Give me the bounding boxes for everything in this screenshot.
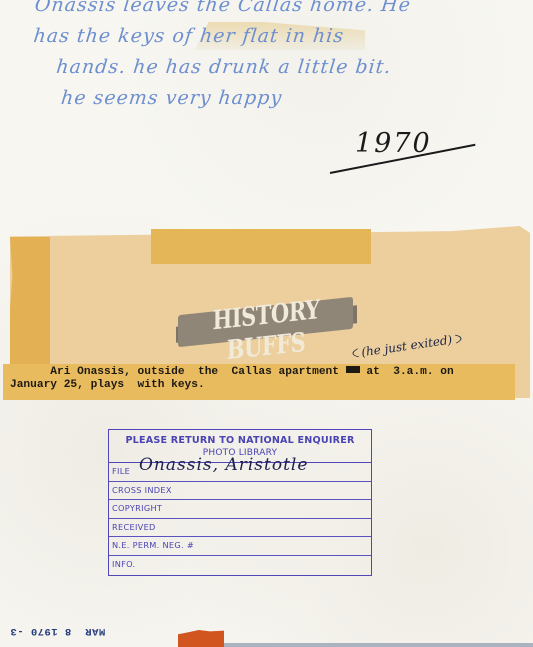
stamp-label: INFO.	[112, 559, 135, 569]
caption-line-1: Ari Onassis, outside the Callas apartmen…	[10, 366, 346, 378]
handwritten-line: he seems very happy	[59, 83, 516, 114]
stamp-heading-line: PLEASE RETURN TO NATIONAL ENQUIRER	[109, 435, 371, 447]
tape-left	[10, 237, 50, 367]
stamp-row-file: FILE Onassis, Aristotle	[109, 463, 371, 482]
stamp-row-copyright: COPYRIGHT	[109, 500, 371, 519]
received-date-stamp: MAR 8 1970 -3	[10, 625, 105, 637]
library-return-stamp: PLEASE RETURN TO NATIONAL ENQUIRER PHOTO…	[108, 429, 372, 576]
stamp-row-cross-index: CROSS INDEX	[109, 482, 371, 501]
file-name-handwritten: Onassis, Aristotle	[139, 457, 308, 475]
handwritten-line: hands. he has drunk a little bit.	[55, 52, 520, 83]
stamp-label: RECEIVED	[112, 522, 156, 532]
stamp-label: N.E. PERM. NEG. #	[112, 540, 194, 550]
photo-edge	[224, 643, 533, 647]
redaction-mark	[346, 366, 360, 373]
stamp-label: FILE	[112, 466, 130, 476]
handwritten-line: has the keys of her flat in his	[32, 21, 523, 52]
tape-top	[151, 229, 371, 264]
stamp-row-info: INFO.	[109, 556, 371, 574]
caption-line-2: January 25, plays with keys.	[10, 379, 205, 391]
history-buffs-watermark: HISTORY BUFFS	[178, 300, 353, 342]
stamp-row-received: RECEIVED	[109, 519, 371, 538]
stamp-label: CROSS INDEX	[112, 485, 172, 495]
stamp-label: COPYRIGHT	[112, 503, 162, 513]
handwritten-line: Onassis leaves the Callas home. He	[33, 0, 526, 21]
handwritten-note: Onassis leaves the Callas home. He has t…	[23, 0, 526, 114]
stamp-row-perm-neg: N.E. PERM. NEG. #	[109, 537, 371, 556]
caption-line-1-end: at 3.a.m. on	[360, 366, 454, 378]
typed-caption: Ari Onassis, outside the Callas apartmen…	[10, 366, 510, 392]
